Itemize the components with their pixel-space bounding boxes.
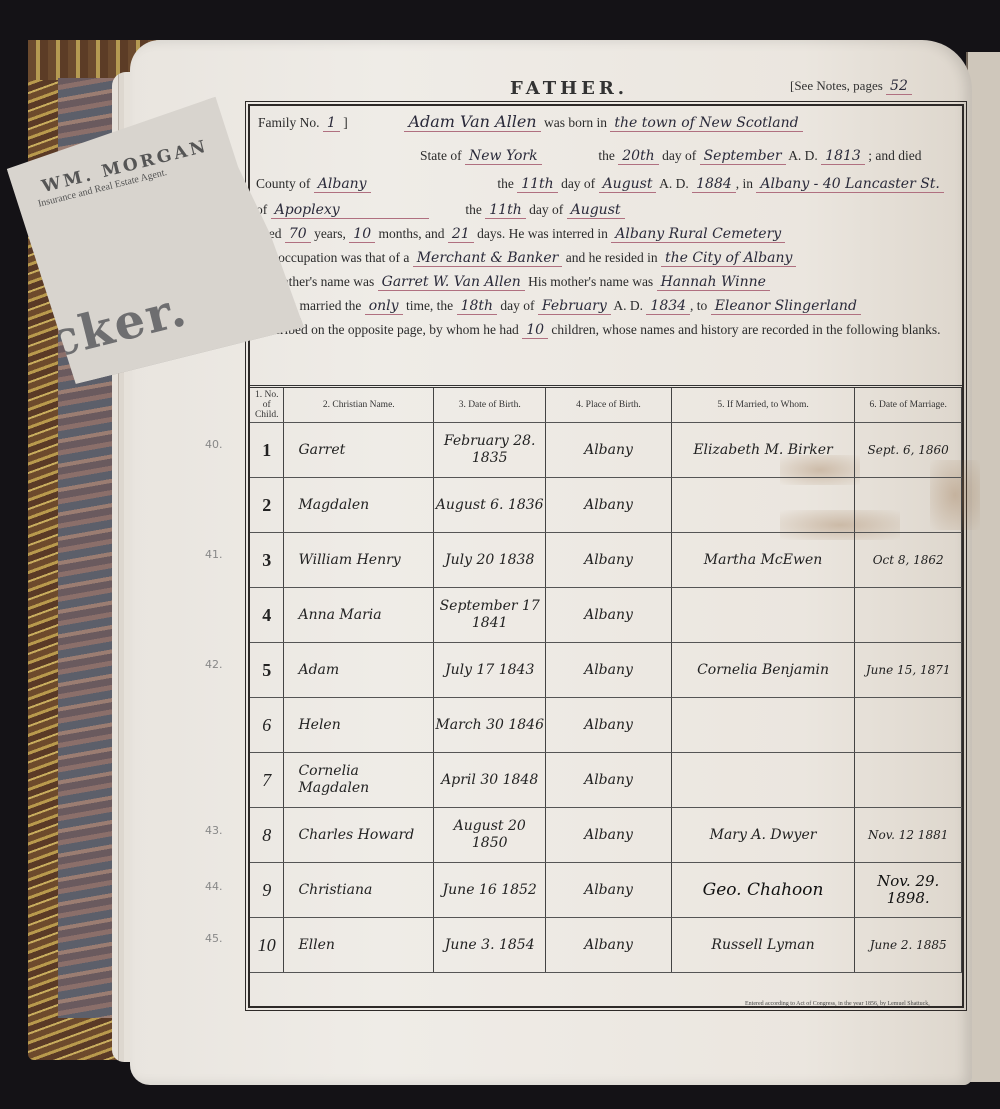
child-dob: August 20 1850 bbox=[434, 808, 546, 863]
months-label: months, and bbox=[379, 226, 445, 241]
interred-place: Albany Rural Cemetery bbox=[611, 226, 785, 243]
child-place: Albany bbox=[546, 698, 671, 753]
col-header-marriage: 6. Date of Marriage. bbox=[855, 387, 962, 423]
margin-number: 41. bbox=[205, 548, 223, 561]
child-place: Albany bbox=[546, 808, 671, 863]
child-dob: August 6. 1836 bbox=[434, 478, 546, 533]
table-row: 8Charles HowardAugust 20 1850AlbanyMary … bbox=[250, 808, 962, 863]
aged-days: 21 bbox=[448, 226, 474, 243]
father-father-name: Garret W. Van Allen bbox=[378, 274, 525, 291]
child-dob: June 3. 1854 bbox=[434, 918, 546, 973]
child-name: Garret bbox=[284, 423, 434, 478]
copyright-notice: Entered according to Act of Congress, in… bbox=[745, 1001, 930, 1007]
child-place: Albany bbox=[546, 533, 671, 588]
died-label: ; and died bbox=[868, 148, 921, 163]
state-value: New York bbox=[465, 148, 542, 165]
child-no: 10 bbox=[250, 918, 284, 973]
child-spouse: Elizabeth M. Birker bbox=[671, 423, 855, 478]
child-no: 3 bbox=[250, 533, 284, 588]
to-label: , to bbox=[690, 298, 707, 313]
birth-day-prefix: the bbox=[598, 148, 615, 163]
cause-day: 11th bbox=[485, 202, 525, 219]
aged-months: 10 bbox=[349, 226, 375, 243]
col-header-place: 4. Place of Birth. bbox=[546, 387, 671, 423]
death-place: Albany - 40 Lancaster St. bbox=[756, 176, 943, 193]
child-no: 2 bbox=[250, 478, 284, 533]
child-spouse: Cornelia Benjamin bbox=[671, 643, 855, 698]
child-name: Ellen bbox=[284, 918, 434, 973]
birth-month: September bbox=[700, 148, 786, 165]
married-time: only bbox=[365, 298, 403, 315]
col-header-name: 2. Christian Name. bbox=[284, 387, 434, 423]
child-spouse: Martha McEwen bbox=[671, 533, 855, 588]
death-day-prefix: the bbox=[497, 176, 514, 191]
aged-line: aged 70 years, 10 months, and 21 days. H… bbox=[256, 226, 785, 243]
col-header-spouse: 5. If Married, to Whom. bbox=[671, 387, 855, 423]
child-place: Albany bbox=[546, 918, 671, 973]
marriage-month: February bbox=[538, 298, 611, 315]
county-label: County of bbox=[256, 176, 310, 191]
residence-value: the City of Albany bbox=[661, 250, 796, 267]
table-row: 6HelenMarch 30 1846Albany bbox=[250, 698, 962, 753]
table-row: 7Cornelia MagdalenApril 30 1848Albany bbox=[250, 753, 962, 808]
state-line: State of New York the 20th day of Septem… bbox=[420, 148, 921, 165]
children-table: 1. No. of Child. 2. Christian Name. 3. D… bbox=[250, 385, 962, 973]
child-spouse bbox=[671, 698, 855, 753]
child-place: Albany bbox=[546, 863, 671, 918]
child-marriage-date bbox=[855, 753, 962, 808]
child-place: Albany bbox=[546, 753, 671, 808]
margin-number: 43. bbox=[205, 824, 223, 837]
child-dob: April 30 1848 bbox=[434, 753, 546, 808]
child-dob: July 20 1838 bbox=[434, 533, 546, 588]
child-spouse bbox=[671, 588, 855, 643]
cause-day-of-label: day of bbox=[529, 202, 563, 217]
child-name: Cornelia Magdalen bbox=[284, 753, 434, 808]
child-no: 8 bbox=[250, 808, 284, 863]
see-notes-label: [See Notes, pages bbox=[790, 78, 883, 93]
child-spouse bbox=[671, 478, 855, 533]
death-day: 11th bbox=[517, 176, 557, 193]
marriage-year: 1834 bbox=[646, 298, 690, 315]
see-notes-page: 52 bbox=[886, 78, 912, 95]
interred-label: He was interred in bbox=[509, 226, 608, 241]
child-marriage-date: June 2. 1885 bbox=[855, 918, 962, 973]
child-place: Albany bbox=[546, 643, 671, 698]
child-spouse: Mary A. Dwyer bbox=[671, 808, 855, 863]
col-header-dob: 3. Date of Birth. bbox=[434, 387, 546, 423]
parents-line: His father's name was Garret W. Van Alle… bbox=[256, 274, 770, 291]
family-no-value: 1 bbox=[323, 115, 340, 132]
child-name: Magdalen bbox=[284, 478, 434, 533]
death-month: August bbox=[599, 176, 657, 193]
child-no: 6 bbox=[250, 698, 284, 753]
child-name: William Henry bbox=[284, 533, 434, 588]
days-label: days. bbox=[477, 226, 505, 241]
margin-number: 42. bbox=[205, 658, 223, 671]
marriage-day: 18th bbox=[457, 298, 497, 315]
family-no-line: Family No. 1 ] Adam Van Allen was born i… bbox=[258, 112, 803, 132]
marriage-day-of-label: day of bbox=[500, 298, 534, 313]
child-marriage-date bbox=[855, 588, 962, 643]
county-value: Albany bbox=[314, 176, 371, 193]
child-spouse: Russell Lyman bbox=[671, 918, 855, 973]
child-marriage-date: June 15, 1871 bbox=[855, 643, 962, 698]
mother-name-label: His mother's name was bbox=[528, 274, 653, 289]
child-no: 5 bbox=[250, 643, 284, 698]
child-dob: February 28. 1835 bbox=[434, 423, 546, 478]
child-no: 4 bbox=[250, 588, 284, 643]
col-header-no: 1. No. of Child. bbox=[250, 387, 284, 423]
margin-number: 45. bbox=[205, 932, 223, 945]
child-marriage-date: Sept. 6, 1860 bbox=[855, 423, 962, 478]
child-dob: June 16 1852 bbox=[434, 863, 546, 918]
child-name: Charles Howard bbox=[284, 808, 434, 863]
ad-label: A. D. bbox=[788, 148, 818, 163]
child-spouse bbox=[671, 753, 855, 808]
child-no: 7 bbox=[250, 753, 284, 808]
child-name: Helen bbox=[284, 698, 434, 753]
child-name: Adam bbox=[284, 643, 434, 698]
family-no-label: Family No. bbox=[258, 115, 320, 130]
resided-label: and he resided in bbox=[566, 250, 658, 265]
table-row: 4Anna MariaSeptember 17 1841Albany bbox=[250, 588, 962, 643]
birth-year: 1813 bbox=[821, 148, 865, 165]
see-notes: [See Notes, pages 52 bbox=[790, 78, 912, 95]
child-dob: September 17 1841 bbox=[434, 588, 546, 643]
cause-month: August bbox=[567, 202, 625, 219]
child-marriage-date bbox=[855, 698, 962, 753]
state-label: State of bbox=[420, 148, 462, 163]
child-name: Anna Maria bbox=[284, 588, 434, 643]
child-marriage-date: Nov. 29. 1898. bbox=[855, 863, 962, 918]
child-marriage-date: Oct 8, 1862 bbox=[855, 533, 962, 588]
day-of-label: day of bbox=[662, 148, 696, 163]
margin-number: 44. bbox=[205, 880, 223, 893]
years-label: years, bbox=[314, 226, 346, 241]
child-no: 1 bbox=[250, 423, 284, 478]
child-place: Albany bbox=[546, 478, 671, 533]
marriage-line: He was married the only time, the 18th d… bbox=[256, 298, 861, 315]
table-row: 10EllenJune 3. 1854AlbanyRussell LymanJu… bbox=[250, 918, 962, 973]
birth-day: 20th bbox=[618, 148, 658, 165]
child-marriage-date bbox=[855, 478, 962, 533]
death-place-label: in bbox=[743, 176, 754, 191]
child-place: Albany bbox=[546, 423, 671, 478]
child-dob: July 17 1843 bbox=[434, 643, 546, 698]
birthplace: the town of New Scotland bbox=[610, 115, 802, 132]
page-heading: FATHER. bbox=[510, 78, 628, 99]
cause-day-prefix: the bbox=[465, 202, 482, 217]
occupation-value: Merchant & Banker bbox=[413, 250, 563, 267]
spouse-name: Eleanor Slingerland bbox=[711, 298, 861, 315]
death-ad-label: A. D. bbox=[659, 176, 689, 191]
father-name: Adam Van Allen bbox=[404, 112, 540, 132]
table-row: 2MagdalenAugust 6. 1836Albany bbox=[250, 478, 962, 533]
child-no: 9 bbox=[250, 863, 284, 918]
children-count: 10 bbox=[522, 322, 548, 339]
table-header-row: 1. No. of Child. 2. Christian Name. 3. D… bbox=[250, 387, 962, 423]
child-name: Christiana bbox=[284, 863, 434, 918]
death-day-of-label: day of bbox=[561, 176, 595, 191]
child-dob: March 30 1846 bbox=[434, 698, 546, 753]
county-line: County of Albany the 11th day of August … bbox=[256, 176, 944, 193]
father-mother-name: Hannah Winne bbox=[657, 274, 770, 291]
child-place: Albany bbox=[546, 588, 671, 643]
time-label: time, the bbox=[406, 298, 453, 313]
cause-line: of Apoplexy the 11th day of August bbox=[256, 202, 625, 219]
born-in-label: was born in bbox=[544, 115, 607, 130]
table-row: 9ChristianaJune 16 1852AlbanyGeo. Chahoo… bbox=[250, 863, 962, 918]
child-marriage-date: Nov. 12 1881 bbox=[855, 808, 962, 863]
death-cause: Apoplexy bbox=[271, 202, 429, 219]
table-row: 5AdamJuly 17 1843AlbanyCornelia Benjamin… bbox=[250, 643, 962, 698]
aged-years: 70 bbox=[285, 226, 311, 243]
table-row: 3William HenryJuly 20 1838AlbanyMartha M… bbox=[250, 533, 962, 588]
occupation-line: His occupation was that of a Merchant & … bbox=[256, 250, 796, 267]
table-row: 1GarretFebruary 28. 1835AlbanyElizabeth … bbox=[250, 423, 962, 478]
children-label: children, whose names and history are re… bbox=[551, 322, 940, 337]
death-year: 1884 bbox=[692, 176, 736, 193]
children-line: described on the opposite page, by whom … bbox=[256, 322, 941, 339]
child-spouse: Geo. Chahoon bbox=[671, 863, 855, 918]
margin-number: 40. bbox=[205, 438, 223, 451]
marriage-ad-label: A. D. bbox=[613, 298, 643, 313]
